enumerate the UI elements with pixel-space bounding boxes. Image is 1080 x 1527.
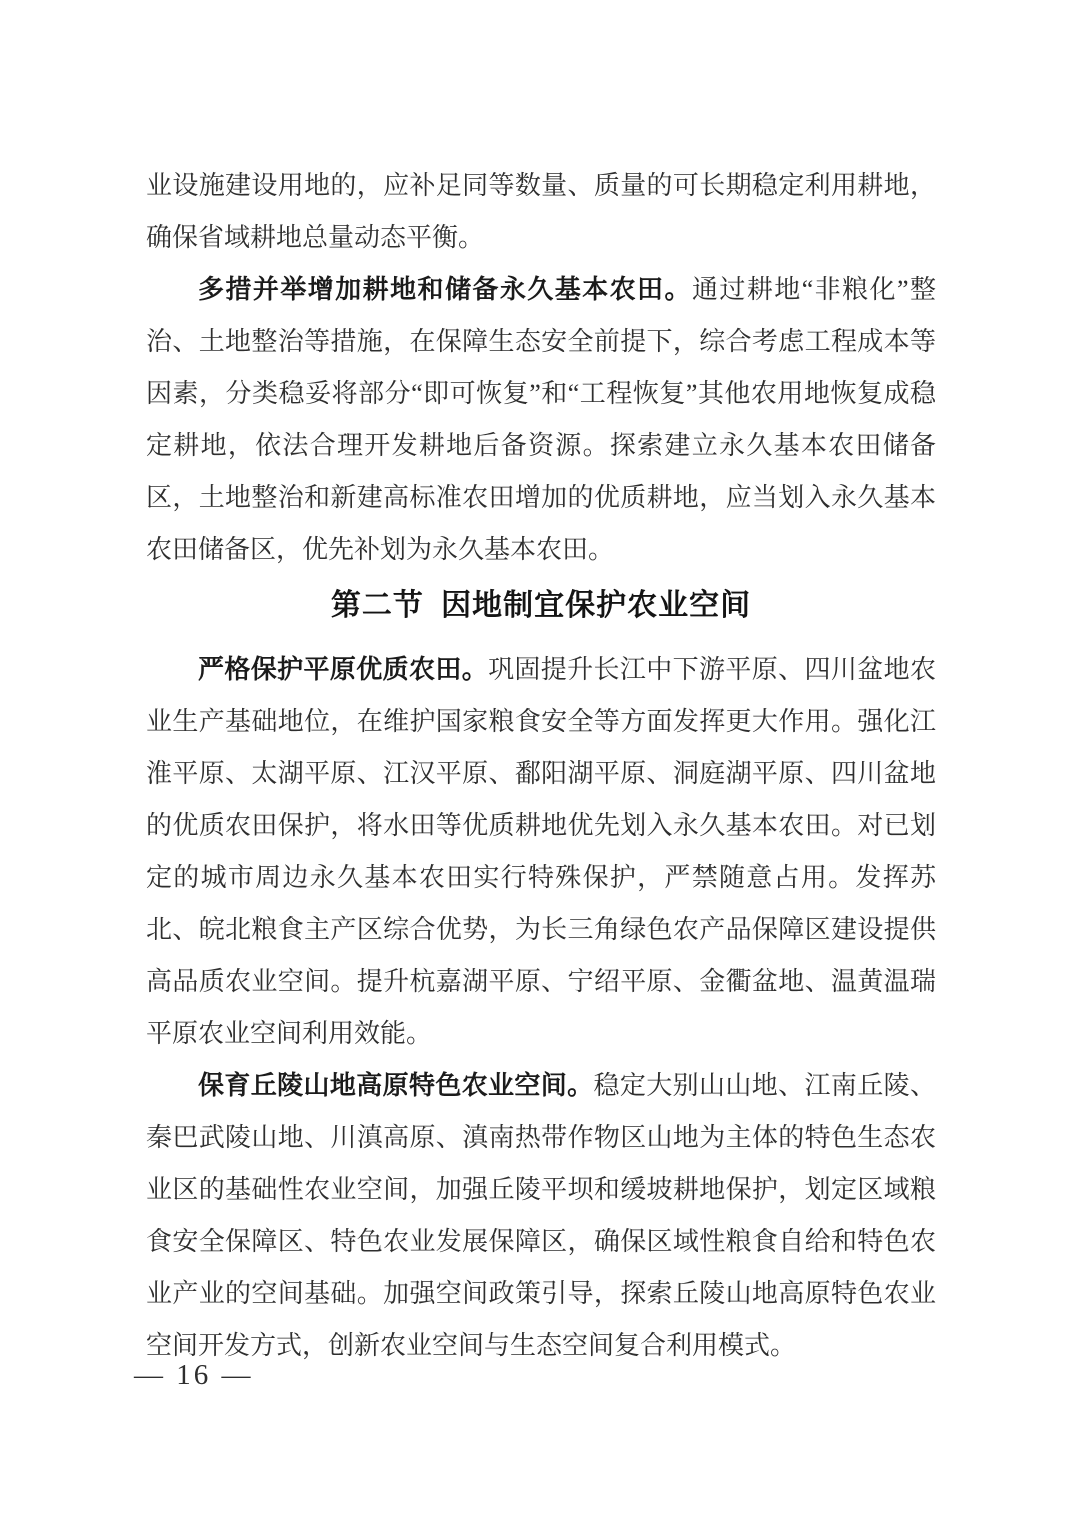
body-paragraph: 业设施建设用地的，应补足同等数量、质量的可长期稳定利用耕地，确保省域耕地总量动态… <box>146 160 936 264</box>
paragraph-text: 稳定大别山山地、江南丘陵、秦巴武陵山地、川滇高原、滇南热带作物区山地为主体的特色… <box>146 1071 936 1360</box>
paragraph-text: 业设施建设用地的，应补足同等数量、质量的可长期稳定利用耕地，确保省域耕地总量动态… <box>146 171 936 252</box>
page-footer: — 16 — <box>134 1358 254 1392</box>
document-body: 业设施建设用地的，应补足同等数量、质量的可长期稳定利用耕地，确保省域耕地总量动态… <box>146 160 936 1372</box>
page-number: — 16 — <box>134 1359 254 1391</box>
body-paragraph: 保育丘陵山地高原特色农业空间。稳定大别山山地、江南丘陵、秦巴武陵山地、川滇高原、… <box>146 1060 936 1372</box>
paragraph-lead: 多措并举增加耕地和储备永久基本农田。 <box>198 275 692 304</box>
body-paragraph: 多措并举增加耕地和储备永久基本农田。通过耕地“非粮化”整治、土地整治等措施，在保… <box>146 264 936 576</box>
paragraph-text: 通过耕地“非粮化”整治、土地整治等措施，在保障生态安全前提下，综合考虑工程成本等… <box>146 275 936 564</box>
document-page: 业设施建设用地的，应补足同等数量、质量的可长期稳定利用耕地，确保省域耕地总量动态… <box>0 0 1080 1527</box>
section-heading: 第二节 因地制宜保护农业空间 <box>146 580 936 632</box>
body-paragraph: 严格保护平原优质农田。巩固提升长江中下游平原、四川盆地农业生产基础地位，在维护国… <box>146 644 936 1060</box>
paragraph-lead: 保育丘陵山地高原特色农业空间。 <box>198 1071 594 1100</box>
paragraph-lead: 严格保护平原优质农田。 <box>198 655 488 684</box>
paragraph-text: 巩固提升长江中下游平原、四川盆地农业生产基础地位，在维护国家粮食安全等方面发挥更… <box>146 655 936 1048</box>
